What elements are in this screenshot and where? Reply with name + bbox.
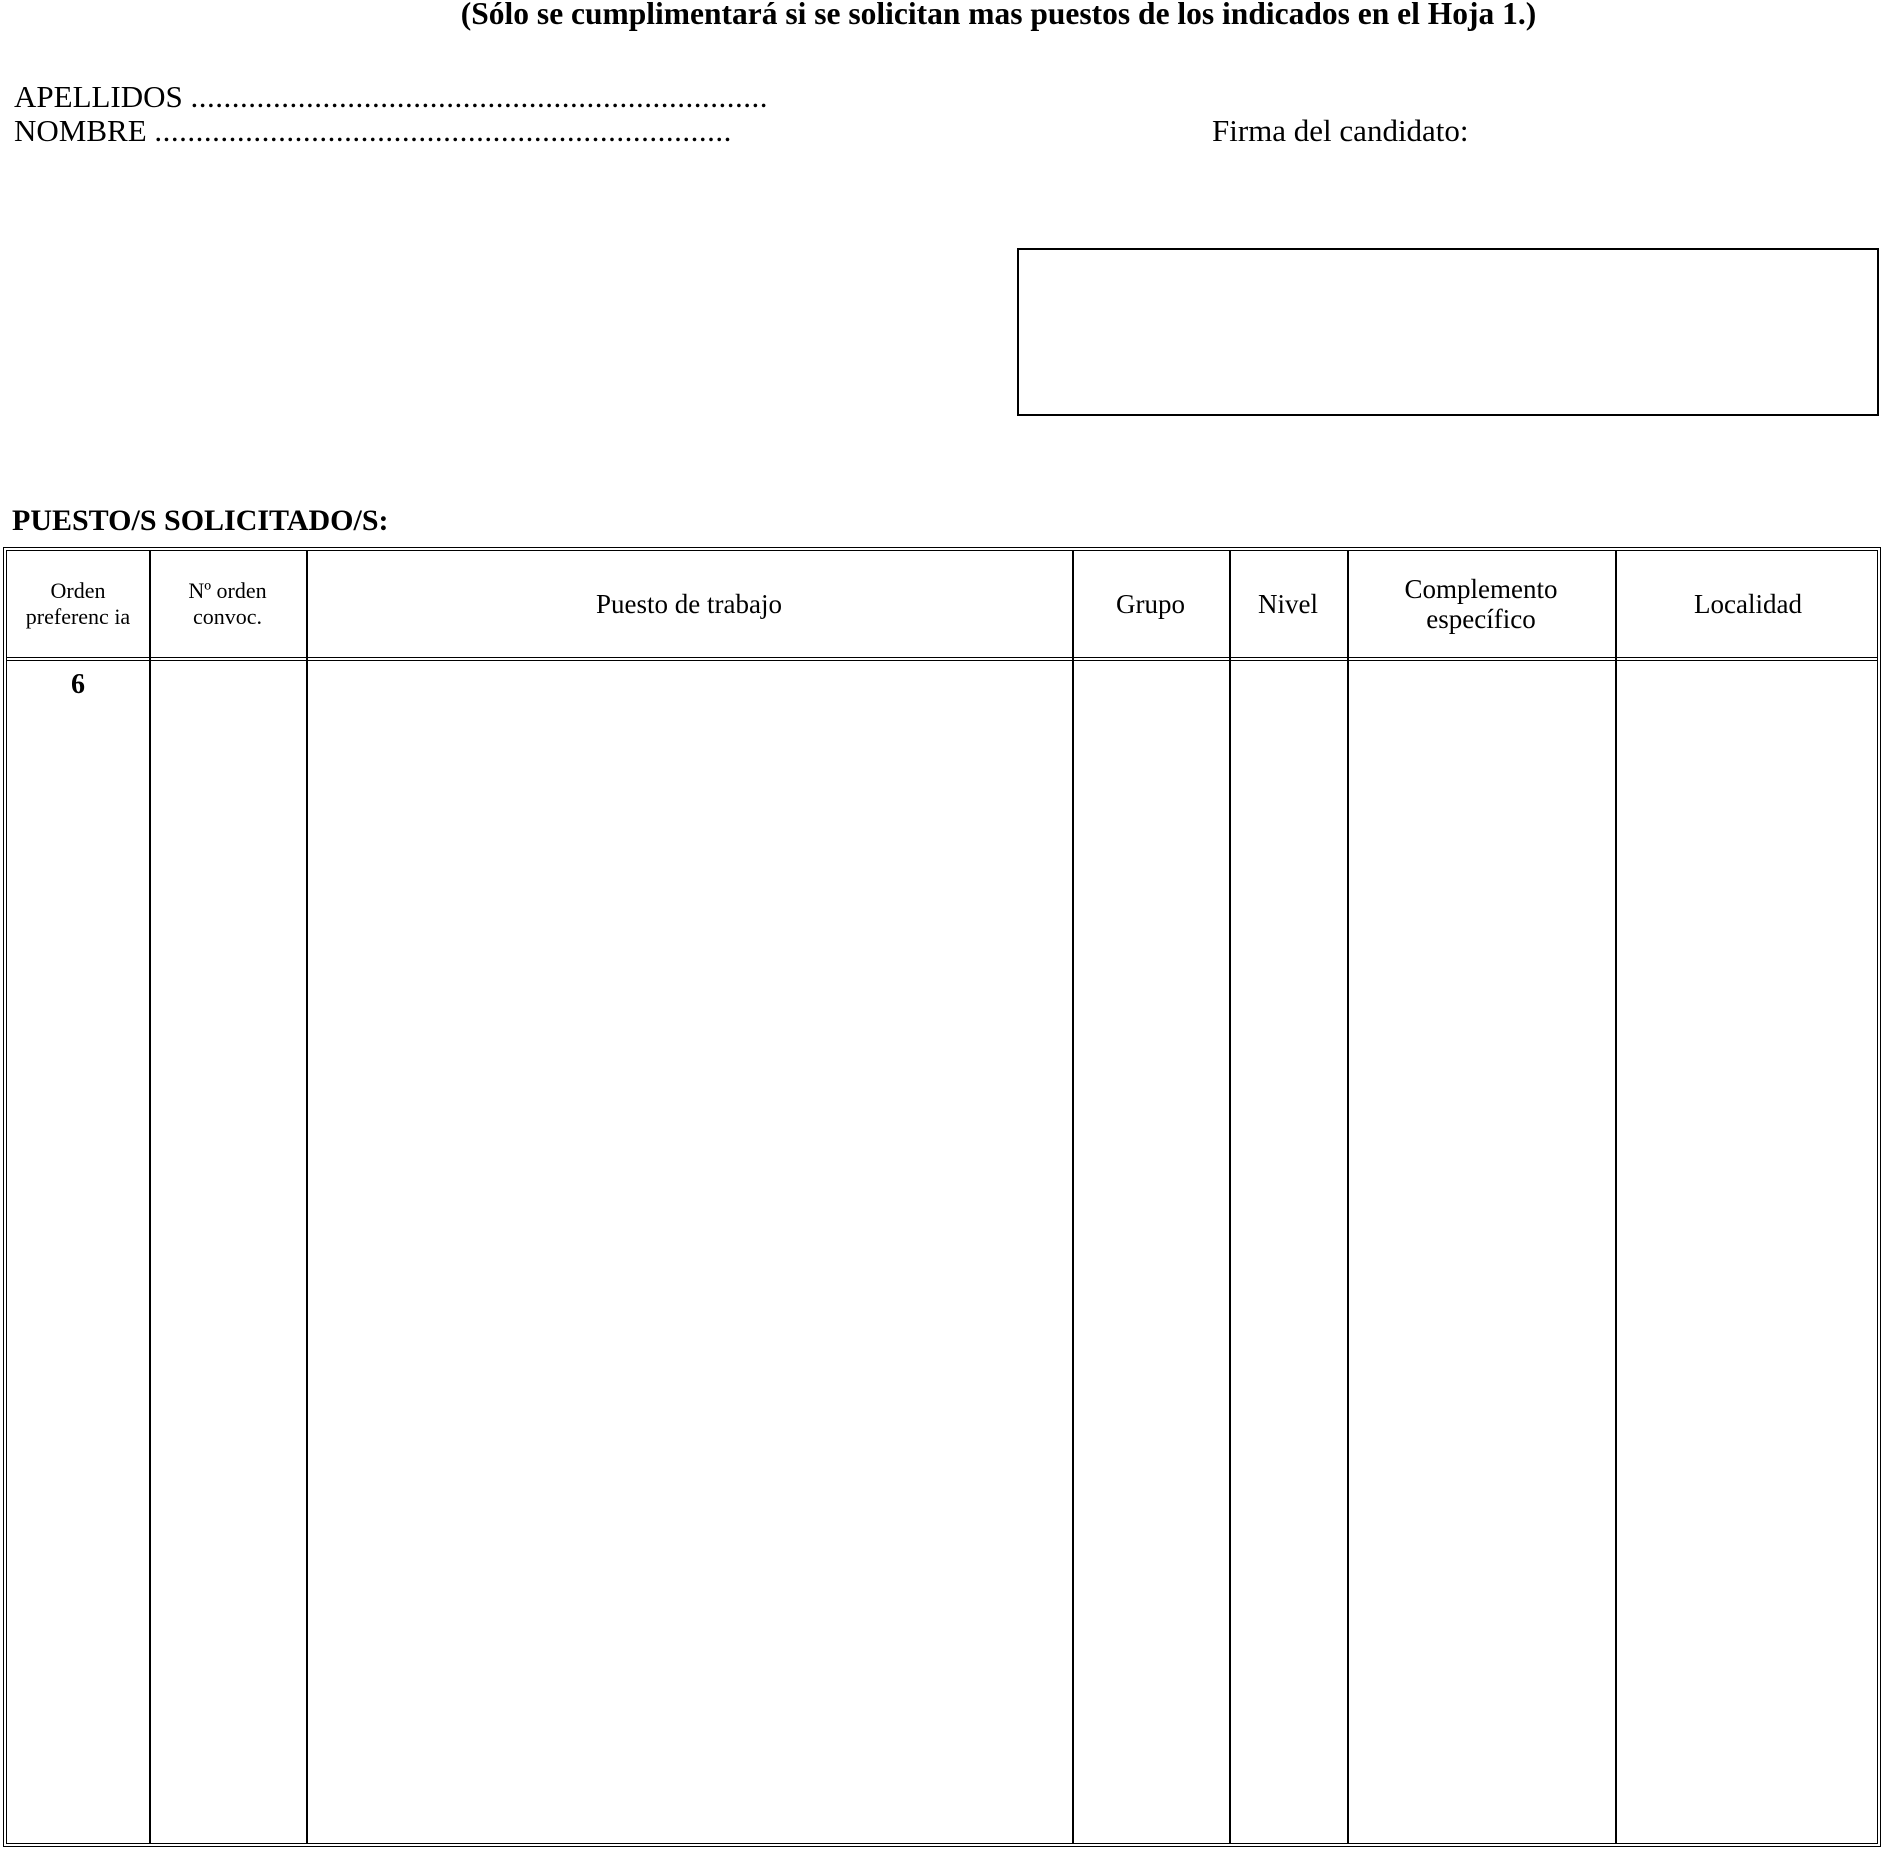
column-divider bbox=[1615, 551, 1617, 1843]
apellidos-field[interactable]: APELLIDOS ..............................… bbox=[14, 79, 768, 115]
column-divider bbox=[149, 551, 151, 1843]
apellidos-dotted-line[interactable]: ........................................… bbox=[191, 79, 769, 114]
nombre-label: NOMBRE bbox=[14, 113, 147, 148]
header-grupo: Grupo bbox=[1072, 551, 1229, 657]
column-divider bbox=[1229, 551, 1231, 1843]
requested-positions-table: Orden preferenc ia Nº orden convoc. Pues… bbox=[3, 547, 1881, 1847]
apellidos-label: APELLIDOS bbox=[14, 79, 183, 114]
header-n-orden-convoc: Nº orden convoc. bbox=[149, 551, 306, 657]
header-complemento-especifico: Complemento específico bbox=[1347, 551, 1615, 657]
column-divider bbox=[306, 551, 308, 1843]
header-localidad: Localidad bbox=[1615, 551, 1881, 657]
column-divider bbox=[1072, 551, 1074, 1843]
orden-preferencia-value[interactable]: 6 bbox=[7, 669, 149, 701]
header-orden-preferencia: Orden preferenc ia bbox=[7, 551, 149, 657]
signature-label: Firma del candidato: bbox=[1212, 113, 1469, 149]
header-nivel: Nivel bbox=[1229, 551, 1347, 657]
nombre-dotted-line[interactable]: ........................................… bbox=[154, 113, 732, 148]
header-divider bbox=[7, 657, 1877, 661]
signature-box[interactable] bbox=[1017, 248, 1879, 416]
nombre-field[interactable]: NOMBRE .................................… bbox=[14, 113, 732, 149]
form-heading: (Sólo se cumplimentará si se solicitan m… bbox=[0, 0, 1887, 32]
column-divider bbox=[1347, 551, 1349, 1843]
header-puesto-de-trabajo: Puesto de trabajo bbox=[306, 551, 1072, 657]
table-title: PUESTO/S SOLICITADO/S: bbox=[12, 504, 389, 538]
